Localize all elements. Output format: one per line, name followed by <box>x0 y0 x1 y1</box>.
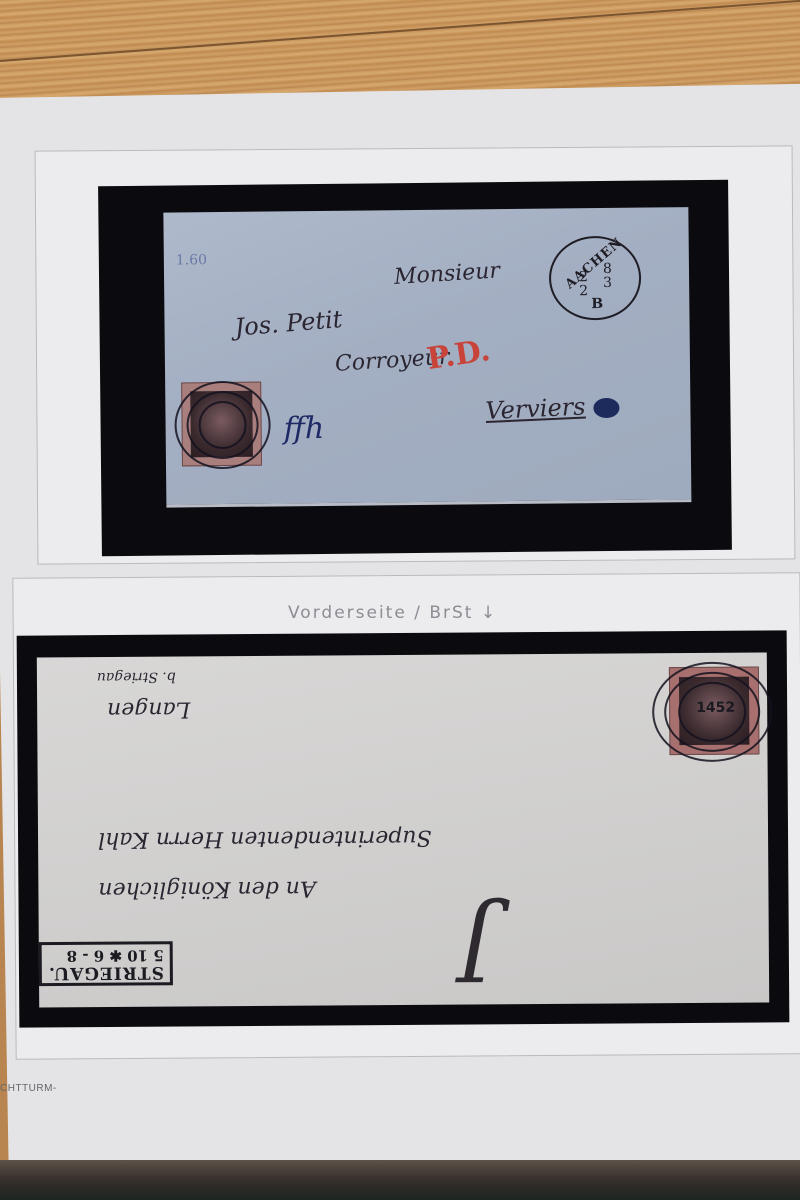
postmark-town: AACHEN <box>563 235 626 292</box>
album-spine-edge <box>0 1160 800 1200</box>
inverted-address-1: Langen <box>107 696 190 722</box>
inverted-address-3: Superintendenten Herrn Kahl <box>98 825 432 852</box>
cover-bottom: Langen b. Striegau Superintendenten Herr… <box>37 652 769 1007</box>
manuscript-mark: ffh <box>283 411 324 446</box>
album-brand-text: CHTTURM- <box>0 1083 57 1094</box>
numeral-cancel: 1452 <box>696 700 735 716</box>
inverted-address-4: An den Königlichen <box>98 876 316 903</box>
postage-stamp-top <box>181 382 262 467</box>
flourish-capital: J <box>458 894 495 999</box>
postmark-date-left: 2 2 <box>579 270 589 298</box>
pencil-caption: Vorderseite / BrSt ↓ <box>288 603 497 623</box>
aachen-postmark: AACHEN 2 2 8 3 B <box>549 236 642 321</box>
address-line-2: Jos. Petit <box>234 305 344 342</box>
pencil-note: 1.60 <box>176 252 207 268</box>
cover-top: 1.60 Monsieur Jos. Petit Corroyeur Vervi… <box>163 207 691 507</box>
box-cancel-line2: 5 10 ✱ 6 - 8 <box>48 947 164 964</box>
postmark-letter: B <box>591 296 603 312</box>
inverted-address-2: b. Striegau <box>97 669 176 686</box>
address-line-4: Verviers <box>485 392 586 425</box>
postage-stamp-bottom: 1452 <box>669 667 760 756</box>
postmark-date-right: 8 3 <box>603 262 613 290</box>
address-line-1: Monsieur <box>393 258 500 290</box>
cancel-ring <box>198 401 247 450</box>
box-cancel-line1: STRIEGAU. <box>48 962 164 981</box>
striegau-box-cancel: STRIEGAU. 5 10 ✱ 6 - 8 <box>39 942 173 987</box>
mount-card-top: 1.60 Monsieur Jos. Petit Corroyeur Vervi… <box>98 180 732 557</box>
ink-blot <box>593 398 619 418</box>
mount-card-bottom: Langen b. Striegau Superintendenten Herr… <box>17 630 790 1027</box>
pd-handstamp: P.D. <box>425 333 493 377</box>
